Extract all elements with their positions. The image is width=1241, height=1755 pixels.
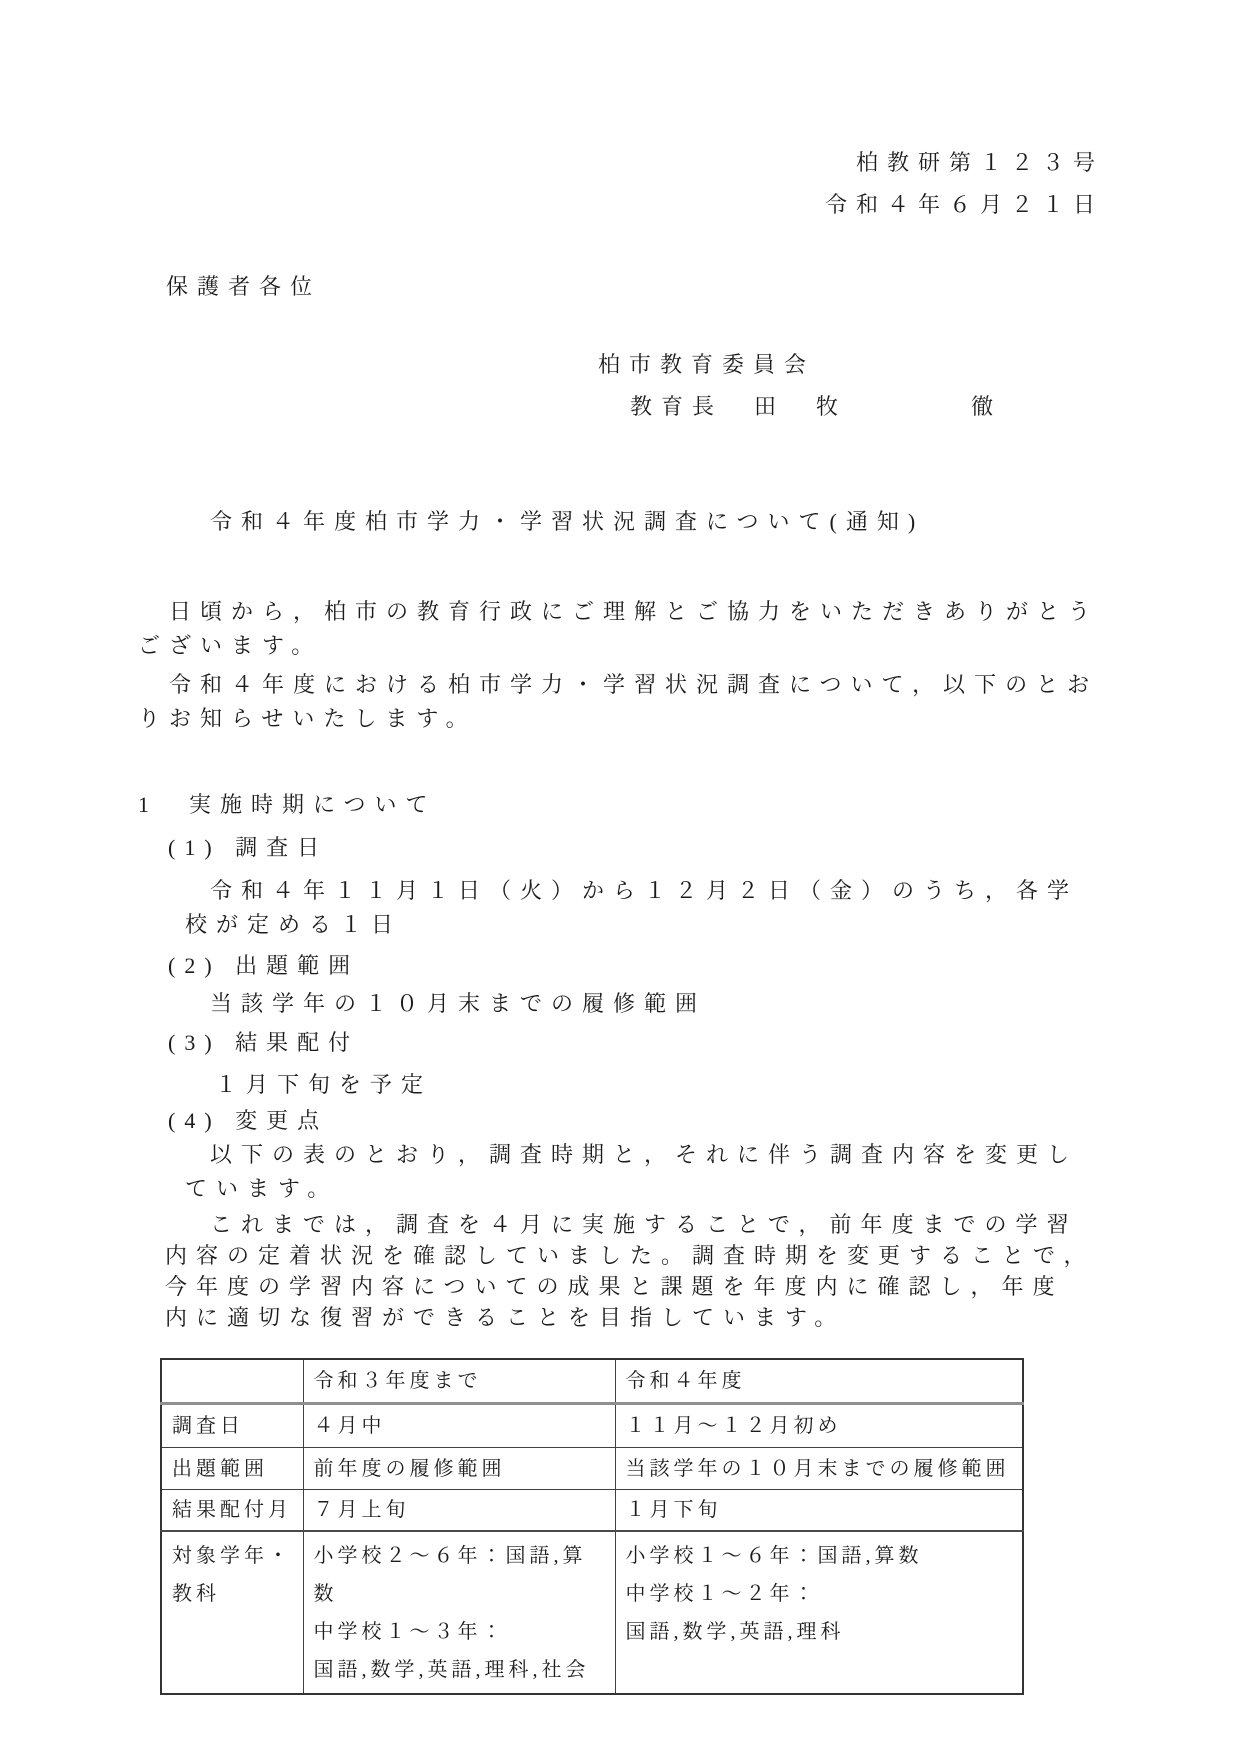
cell-until-r3: ７月上旬	[303, 1490, 615, 1532]
item3-body: １月下旬を予定	[215, 1068, 1241, 1102]
table-header-from-r4: 令和４年度	[615, 1359, 1023, 1404]
cell-from-r4: 当該学年の１０月末までの履修範囲	[615, 1448, 1023, 1490]
row-label: 調査日	[161, 1404, 303, 1448]
row-label: 対象学年・ 教科	[161, 1531, 303, 1694]
doc-date: 令和４年６月２１日	[0, 188, 1241, 222]
item4-paragraph-1: 以下の表のとおり，調査時期と，それに伴う調査内容を変更し ています。	[185, 1138, 1121, 1206]
cell-from-r4: １月下旬	[615, 1490, 1023, 1532]
cell-from-r4: １１月～１２月初め	[615, 1404, 1023, 1448]
row-label: 結果配付月	[161, 1490, 303, 1532]
table-row: 対象学年・ 教科 小学校２～６年：国語,算数 中学校１～３年： 国語,数学,英語…	[161, 1531, 1023, 1694]
intro-paragraph-2: 令和４年度における柏市学力・学習状況調査について，以下のとお りお知らせいたしま…	[138, 668, 1111, 736]
cell-until-r3: 前年度の履修範囲	[303, 1448, 615, 1490]
item1-body: 令和４年１１月１日（火）から１２月２日（金）のうち，各学 校が定める１日	[185, 874, 1121, 942]
comparison-table: 令和３年度まで 令和４年度 調査日 ４月中 １１月～１２月初め 出題範囲 前年度…	[160, 1358, 1024, 1695]
table-header-until-r3: 令和３年度まで	[303, 1359, 615, 1404]
sender-organization: 柏市教育委員会	[598, 348, 1241, 382]
doc-number: 柏教研第１２３号	[0, 146, 1241, 180]
item3-label: (3) 結果配付	[168, 1026, 1241, 1060]
document-page: 柏教研第１２３号 令和４年６月２１日 保護者各位 柏市教育委員会 教育長 田 牧…	[0, 0, 1241, 1755]
item4-label: (4) 変更点	[168, 1104, 1241, 1138]
recipient: 保護者各位	[166, 270, 1241, 304]
cell-until-r3: ４月中	[303, 1404, 615, 1448]
table-header-row: 令和３年度まで 令和４年度	[161, 1359, 1023, 1404]
table-row: 調査日 ４月中 １１月～１２月初め	[161, 1404, 1023, 1448]
row-label: 出題範囲	[161, 1448, 303, 1490]
cell-until-r3: 小学校２～６年：国語,算数 中学校１～３年： 国語,数学,英語,理科,社会	[303, 1531, 615, 1694]
table-row: 結果配付月 ７月上旬 １月下旬	[161, 1490, 1023, 1532]
table-header-blank	[161, 1359, 303, 1404]
item4-paragraph-2: これまでは，調査を４月に実施することで，前年度までの学習 内容の定着状況を確認し…	[165, 1209, 1123, 1333]
sender-signature: 教育長 田 牧 徹	[630, 390, 1241, 424]
item1-label: (1) 調査日	[168, 831, 1241, 865]
table-row: 出題範囲 前年度の履修範囲 当該学年の１０月末までの履修範囲	[161, 1448, 1023, 1490]
cell-from-r4: 小学校１～６年：国語,算数 中学校１～２年： 国語,数学,英語,理科	[615, 1531, 1023, 1694]
page-title: 令和４年度柏市学力・学習状況調査について(通知)	[210, 505, 1241, 539]
item2-label: (2) 出題範囲	[168, 949, 1241, 983]
section1-heading: 1 実施時期について	[138, 788, 1241, 822]
intro-paragraph-1: 日頃から，柏市の教育行政にご理解とご協力をいただきありがとう ございます。	[138, 595, 1111, 663]
item2-body: 当該学年の１０月末までの履修範囲	[210, 987, 1241, 1021]
